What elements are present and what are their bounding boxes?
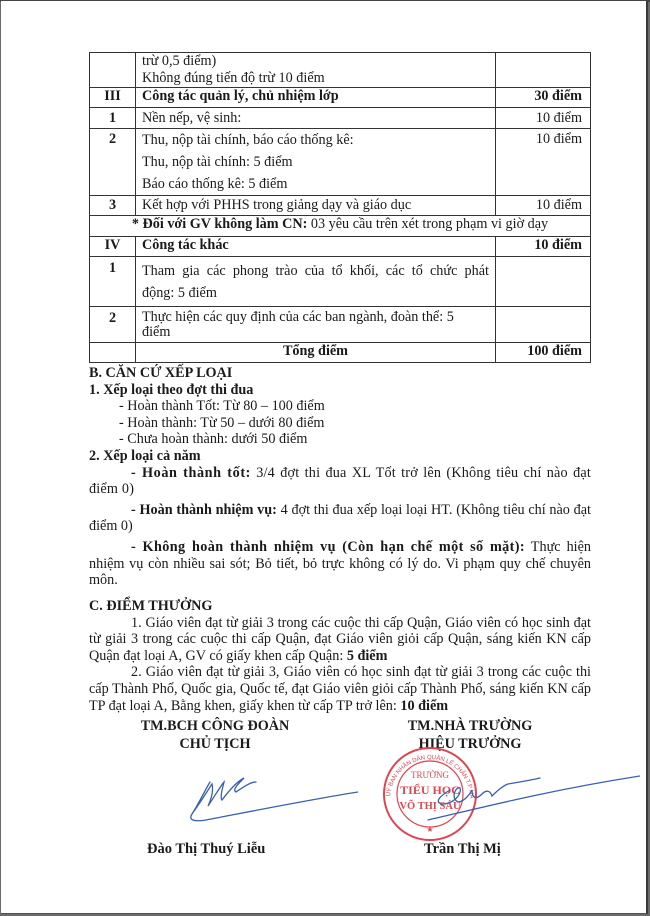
item-text: 1. Giáo viên đạt từ giải 3 trong các cuộ… — [89, 615, 591, 664]
note-text: 03 yêu cầu trên xét trong phạm vi giờ dạ… — [307, 216, 548, 232]
row-number: 2 — [90, 129, 136, 196]
section-title: Công tác quản lý, chủ nhiệm lớp — [136, 88, 496, 108]
item-text: 2. Giáo viên đạt từ giải 3, Giáo viên có… — [89, 664, 591, 713]
list-item: 2. Giáo viên đạt từ giải 3, Giáo viên có… — [89, 664, 591, 714]
signer-org: TM.NHÀ TRƯỜNG — [370, 717, 570, 735]
cell-line: Nền nếp, vệ sinh: — [136, 108, 496, 129]
list-item: - Hoàn thành: Từ 50 – dưới 80 điểm — [89, 415, 591, 432]
list-item: - Hoàn thành tốt: 3/4 đợt thi đua XL Tốt… — [89, 465, 591, 498]
section-b: B. CĂN CỨ XẾP LOẠI 1. Xếp loại theo đợt … — [89, 365, 591, 589]
row-number: 1 — [90, 257, 136, 307]
signer-name-left: Đào Thị Thuý Liễu — [147, 841, 265, 858]
table-row: trừ 0,5 điểm) Không đúng tiến độ trừ 10 … — [90, 53, 591, 88]
section-points: 10 điểm — [496, 237, 591, 257]
table-row-section-iv: IV Công tác khác 10 điểm — [90, 237, 591, 257]
section-c: C. ĐIỂM THƯỞNG 1. Giáo viên đạt từ giải … — [89, 598, 591, 714]
total-label: Tổng điểm — [136, 343, 496, 363]
item-label: - Không hoàn thành nhiệm vụ (Còn hạn chế… — [131, 539, 525, 555]
signer-name-right: Trần Thị Mị — [424, 841, 501, 858]
table-row-total: Tổng điểm 100 điểm — [90, 343, 591, 363]
row-number: 3 — [90, 196, 136, 216]
list-item: 1. Giáo viên đạt từ giải 3 trong các cuộ… — [89, 615, 591, 665]
subsection-title: 2. Xếp loại cả năm — [89, 448, 591, 465]
section-points: 30 điểm — [496, 88, 591, 108]
list-item: - Không hoàn thành nhiệm vụ (Còn hạn chế… — [89, 539, 591, 589]
row-number: 1 — [90, 108, 136, 129]
signer-role: CHỦ TỊCH — [110, 735, 320, 753]
signature-left-icon — [178, 770, 358, 830]
cell-line: Tham gia các phong trào của tổ khối, các… — [142, 260, 489, 282]
cell-line: Thu, nộp tài chính: 5 điểm — [142, 151, 489, 173]
row-points: 10 điểm — [496, 196, 591, 216]
signer-org: TM.BCH CÔNG ĐOÀN — [110, 717, 320, 735]
cell-line: Kết hợp với PHHS trong giảng dạy và giáo… — [136, 196, 496, 216]
item-label: - Hoàn thành nhiệm vụ: — [131, 502, 277, 518]
section-title: Công tác khác — [136, 237, 496, 257]
table-note-row: * Đối với GV không làm CN: 03 yêu cầu tr… — [90, 216, 591, 237]
cell-line: Báo cáo thống kê: 5 điểm — [142, 173, 489, 195]
row-number: 2 — [90, 307, 136, 343]
subsection-title: 1. Xếp loại theo đợt thi đua — [89, 382, 591, 399]
list-item: - Hoàn thành Tốt: Từ 80 – 100 điểm — [89, 398, 591, 415]
cell-line: Thu, nộp tài chính, báo cáo thống kê: — [142, 129, 489, 151]
cell-line: Thực hiện các quy định của các ban ngành… — [142, 310, 489, 325]
signature-right-icon — [420, 768, 640, 828]
item-label: - Hoàn thành tốt: — [131, 465, 251, 481]
table-row: 1 Tham gia các phong trào của tổ khối, c… — [90, 257, 591, 307]
row-number: III — [90, 88, 136, 108]
cell-line: điểm — [142, 325, 489, 340]
item-points: 10 điểm — [400, 698, 448, 714]
note-label: * Đối với GV không làm CN: — [132, 216, 308, 232]
signature-block-left: TM.BCH CÔNG ĐOÀN CHỦ TỊCH — [110, 717, 320, 753]
total-points: 100 điểm — [496, 343, 591, 363]
list-item: - Chưa hoàn thành: dưới 50 điểm — [89, 431, 591, 448]
scoring-table: trừ 0,5 điểm) Không đúng tiến độ trừ 10 … — [89, 52, 591, 363]
cell-line: trừ 0,5 điểm) — [142, 53, 489, 70]
list-item: - Hoàn thành nhiệm vụ: 4 đợt thi đua xếp… — [89, 502, 591, 535]
row-points: 10 điểm — [496, 108, 591, 129]
row-points: 10 điểm — [496, 129, 591, 196]
row-number: IV — [90, 237, 136, 257]
table-row: 2 Thực hiện các quy định của các ban ngà… — [90, 307, 591, 343]
section-c-title: C. ĐIỂM THƯỞNG — [89, 598, 591, 615]
cell-line: động: 5 điểm — [142, 282, 489, 304]
table-row: 3 Kết hợp với PHHS trong giảng dạy và gi… — [90, 196, 591, 216]
cell-line: Không đúng tiến độ trừ 10 điểm — [142, 70, 489, 87]
table-row-section-iii: III Công tác quản lý, chủ nhiệm lớp 30 đ… — [90, 88, 591, 108]
table-row: 1 Nền nếp, vệ sinh: 10 điểm — [90, 108, 591, 129]
section-b-title: B. CĂN CỨ XẾP LOẠI — [89, 365, 591, 382]
table-row: 2 Thu, nộp tài chính, báo cáo thống kê: … — [90, 129, 591, 196]
item-points: 5 điểm — [347, 648, 388, 664]
